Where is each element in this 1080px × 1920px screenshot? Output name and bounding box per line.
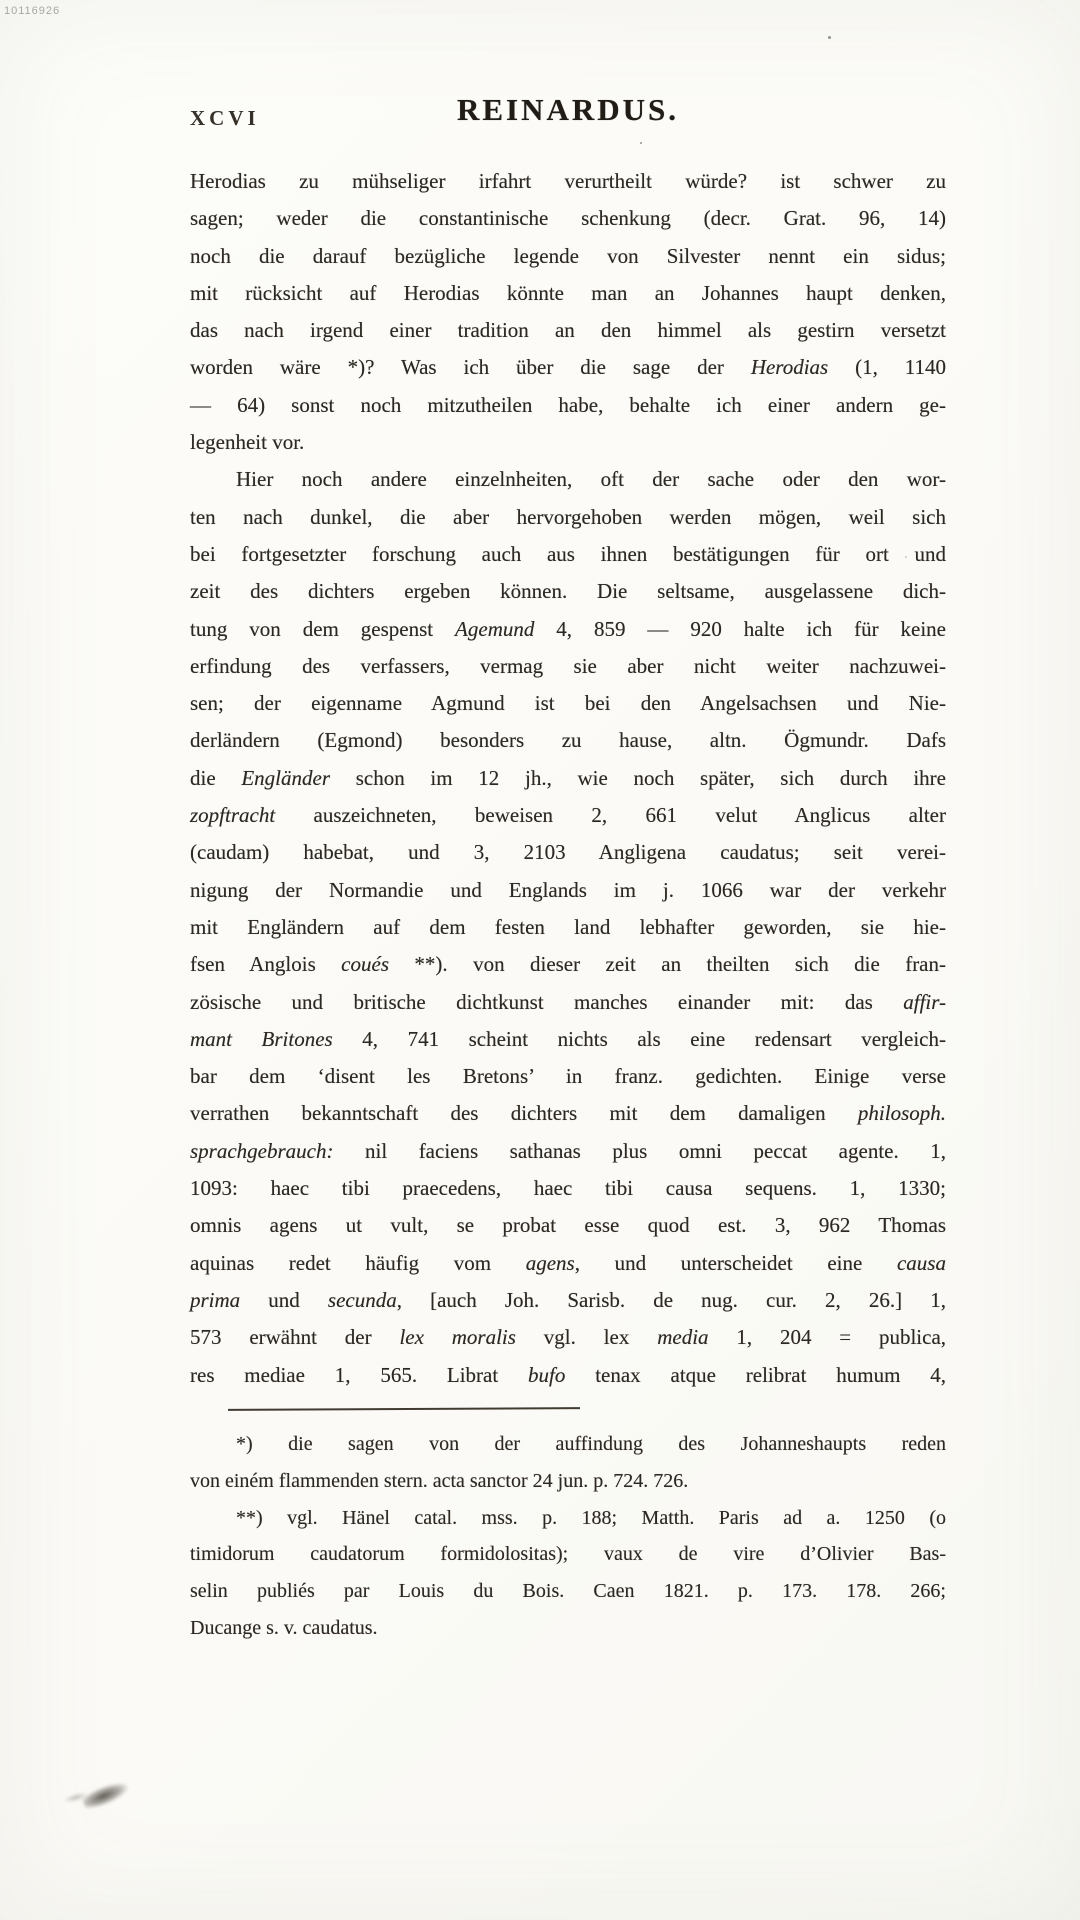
text-run: die [190, 766, 241, 790]
text-line: 573 erwähnt der lex moralis vgl. lex med… [190, 1319, 946, 1356]
page-title: REINARDUS. [190, 92, 946, 128]
text-line: — 64) sonst noch mitzutheilen habe, beha… [190, 387, 946, 424]
text-line: mit rücksicht auf Herodias könnte man an… [190, 275, 946, 312]
text-run: Hier noch andere einzelnheiten, oft der … [236, 467, 946, 491]
text-line: derländern (Egmond) besonders zu hause, … [190, 722, 946, 759]
text-run: , und unterscheidet eine [575, 1251, 897, 1275]
text-run: (1, 1140 [828, 355, 946, 379]
text-line: nigung der Normandie und Englands im j. … [190, 872, 946, 909]
italic-text-run: Agemund [455, 617, 534, 641]
text-line: timidorum caudatorum formidolositas); va… [190, 1536, 946, 1573]
text-line: verrathen bekanntschaft des dichters mit… [190, 1095, 946, 1132]
text-run: nigung der Normandie und Englands im j. … [190, 878, 946, 902]
italic-text-run: prima [190, 1288, 240, 1312]
text-line: das nach irgend einer tradition an den h… [190, 312, 946, 349]
text-run: 1, 204 = publica, [709, 1325, 946, 1349]
text-run: **) vgl. Hänel catal. mss. p. 188; Matth… [236, 1507, 946, 1529]
text-line: fsen Anglois coués **). von dieser zeit … [190, 946, 946, 983]
ink-smudge [80, 1778, 131, 1813]
text-run: und [240, 1288, 328, 1312]
text-line: *) die sagen von der auffindung des Joha… [190, 1426, 946, 1463]
text-run: legenheit vor. [190, 430, 304, 454]
text-line: die Engländer schon im 12 jh., wie noch … [190, 760, 946, 797]
text-run: Herodias zu mühseliger irfahrt verurthei… [190, 169, 946, 193]
text-run: omnis agens ut vult, se probat esse quod… [190, 1213, 946, 1237]
text-line: Ducange s. v. caudatus. [190, 1610, 946, 1647]
text-line: sprachgebrauch: nil faciens sathanas plu… [190, 1133, 946, 1170]
text-line: mit Engländern auf dem festen land lebha… [190, 909, 946, 946]
text-run: schon im 12 jh., wie noch später, sich d… [330, 766, 946, 790]
footnote-separator-rule [228, 1407, 580, 1411]
text-run: **). von dieser zeit an theilten sich di… [389, 952, 946, 976]
text-run: erfindung des verfassers, vermag sie abe… [190, 654, 946, 678]
text-line: Hier noch andere einzelnheiten, oft der … [190, 461, 946, 498]
italic-text-run: sprachgebrauch: [190, 1139, 333, 1163]
text-run: worden wäre *)? Was ich über die sage de… [190, 355, 751, 379]
italic-text-run: coués [341, 952, 389, 976]
text-run: vgl. lex [516, 1325, 657, 1349]
body-text: Herodias zu mühseliger irfahrt verurthei… [190, 163, 946, 1394]
text-run: sagen; weder die constantinische schenku… [190, 206, 946, 230]
text-line: legenheit vor. [190, 424, 946, 461]
scanned-book-page: 10116926 XCVI REINARDUS. Herodias zu müh… [0, 0, 1080, 1920]
text-run: derländern (Egmond) besonders zu hause, … [190, 728, 946, 752]
italic-text-run: agens [526, 1251, 575, 1275]
text-run: von einém flammenden stern. acta sanctor… [190, 1470, 688, 1492]
text-line: ten nach dunkel, die aber hervorgehoben … [190, 499, 946, 536]
italic-text-run: media [657, 1325, 708, 1349]
text-run: Ducange s. v. caudatus. [190, 1617, 378, 1639]
scan-speck [640, 142, 642, 144]
scan-corner-number: 10116926 [4, 5, 60, 17]
italic-text-run: secunda [328, 1288, 397, 1312]
text-line: von einém flammenden stern. acta sanctor… [190, 1463, 946, 1500]
text-run: 573 erwähnt der [190, 1325, 399, 1349]
text-run: nil faciens sathanas plus omni peccat ag… [333, 1139, 946, 1163]
text-line: zeit des dichters ergeben können. Die se… [190, 573, 946, 610]
text-run: 4, 859 — 920 halte ich für keine [534, 617, 946, 641]
italic-text-run: mant Britones [190, 1027, 333, 1051]
text-run: mit rücksicht auf Herodias könnte man an… [190, 281, 946, 305]
text-line: worden wäre *)? Was ich über die sage de… [190, 349, 946, 386]
text-run: (caudam) habebat, und 3, 2103 Angligena … [190, 840, 946, 864]
italic-text-run: affir- [903, 990, 946, 1014]
italic-text-run: bufo [528, 1363, 565, 1387]
text-run: 1093: haec tibi praecedens, haec tibi ca… [190, 1176, 946, 1200]
text-run: 4, 741 scheint nichts als eine redensart… [333, 1027, 946, 1051]
text-run: tung von dem gespenst [190, 617, 455, 641]
italic-text-run: Engländer [241, 766, 330, 790]
text-run: bar dem ‘disent les Bretons’ in franz. g… [190, 1064, 946, 1088]
text-line: noch die darauf bezügliche legende von S… [190, 238, 946, 275]
text-run: aquinas redet häufig vom [190, 1251, 526, 1275]
text-line: tung von dem gespenst Agemund 4, 859 — 9… [190, 611, 946, 648]
text-run: , [auch Joh. Sarisb. de nug. cur. 2, 26.… [397, 1288, 946, 1312]
text-run: noch die darauf bezügliche legende von S… [190, 244, 946, 268]
text-run: tenax atque relibrat humum 4, [565, 1363, 946, 1387]
text-run: fsen Anglois [190, 952, 341, 976]
text-run: ten nach dunkel, die aber hervorgehoben … [190, 505, 946, 529]
text-line: bei fortgesetzter forschung auch aus ihn… [190, 536, 946, 573]
italic-text-run: philosoph. [858, 1101, 946, 1125]
text-line: res mediae 1, 565. Librat bufo tenax atq… [190, 1357, 946, 1394]
italic-text-run: causa [897, 1251, 946, 1275]
text-line: aquinas redet häufig vom agens, und unte… [190, 1245, 946, 1282]
text-run: — 64) sonst noch mitzutheilen habe, beha… [190, 393, 946, 417]
scan-speck [905, 556, 907, 558]
text-line: Herodias zu mühseliger irfahrt verurthei… [190, 163, 946, 200]
text-line: (caudam) habebat, und 3, 2103 Angligena … [190, 834, 946, 871]
italic-text-run: lex moralis [399, 1325, 516, 1349]
text-line: erfindung des verfassers, vermag sie abe… [190, 648, 946, 685]
text-line: prima und secunda, [auch Joh. Sarisb. de… [190, 1282, 946, 1319]
text-run: zösische und britische dichtkunst manche… [190, 990, 903, 1014]
text-line: **) vgl. Hänel catal. mss. p. 188; Matth… [190, 1500, 946, 1537]
text-run: selin publiés par Louis du Bois. Caen 18… [190, 1580, 946, 1602]
text-line: 1093: haec tibi praecedens, haec tibi ca… [190, 1170, 946, 1207]
text-line: sen; der eigenname Agmund ist bei den An… [190, 685, 946, 722]
text-run: *) die sagen von der auffindung des Joha… [236, 1433, 946, 1455]
text-line: zopftracht auszeichneten, beweisen 2, 66… [190, 797, 946, 834]
text-line: sagen; weder die constantinische schenku… [190, 200, 946, 237]
text-run: zeit des dichters ergeben können. Die se… [190, 579, 946, 603]
italic-text-run: Herodias [751, 355, 828, 379]
text-run: bei fortgesetzter forschung auch aus ihn… [190, 542, 946, 566]
text-run: sen; der eigenname Agmund ist bei den An… [190, 691, 946, 715]
footnotes: *) die sagen von der auffindung des Joha… [190, 1426, 946, 1647]
text-line: zösische und britische dichtkunst manche… [190, 984, 946, 1021]
text-run: verrathen bekanntschaft des dichters mit… [190, 1101, 858, 1125]
text-line: omnis agens ut vult, se probat esse quod… [190, 1207, 946, 1244]
scan-speck [828, 36, 831, 39]
text-run: res mediae 1, 565. Librat [190, 1363, 528, 1387]
text-line: mant Britones 4, 741 scheint nichts als … [190, 1021, 946, 1058]
text-run: auszeichneten, beweisen 2, 661 velut Ang… [275, 803, 946, 827]
italic-text-run: zopftracht [190, 803, 275, 827]
text-run: das nach irgend einer tradition an den h… [190, 318, 946, 342]
text-line: selin publiés par Louis du Bois. Caen 18… [190, 1573, 946, 1610]
text-run: timidorum caudatorum formidolositas); va… [190, 1543, 946, 1565]
text-run: mit Engländern auf dem festen land lebha… [190, 915, 946, 939]
text-line: bar dem ‘disent les Bretons’ in franz. g… [190, 1058, 946, 1095]
